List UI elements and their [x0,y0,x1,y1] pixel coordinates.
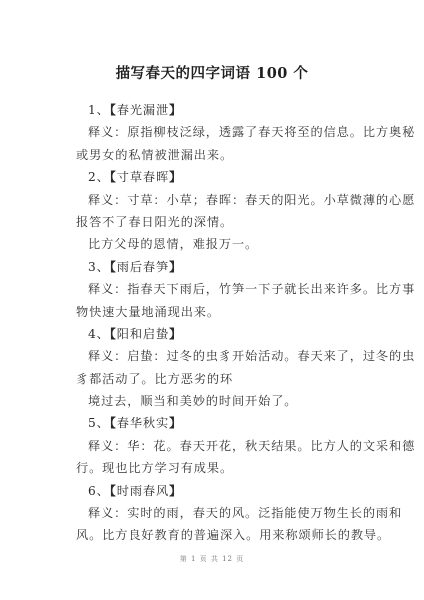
entry-number: 6、 [88,484,110,498]
bracket-open: 【 [110,260,117,274]
entry-text-line: 释义：启蛰：过冬的虫豸开始活动。春天来了，过冬的虫 [76,345,364,367]
entry-number: 5、 [88,416,110,430]
entry-heading: 3、【雨后春笋】 [76,256,364,278]
entry-term: 时雨春风 [117,484,169,498]
entry-text-line: 释义：实时的雨，春天的风。泛指能使万物生长的雨和 [76,502,364,524]
entry: 5、【春华秋实】 释义：华：花。春天开花，秋天结果。比方人的文采和德 行。现也比… [76,412,364,479]
bracket-open: 【 [110,103,117,117]
entry-text-line: 或男女的私情被泄漏出来。 [76,144,364,166]
entry-text-line: 风。比方良好教育的普遍深入。用来称颂师长的教导。 [76,524,364,546]
bracket-open: 【 [110,327,117,341]
entry-term: 雨后春笋 [117,260,169,274]
entry-term: 寸草春晖 [117,170,169,184]
page-title: 描写春天的四字词语 100 个 [0,62,424,83]
entry: 1、【春光漏泄】 释义：原指柳枝泛绿，透露了春天将至的信息。比方奥秘 或男女的私… [76,99,364,166]
bracket-open: 【 [110,416,117,430]
entry-text-line: 境过去，顺当和美妙的时间开始了。 [76,390,364,412]
bracket-close: 】 [169,103,182,117]
bracket-close: 】 [169,260,182,274]
entry-term: 春光漏泄 [117,103,169,117]
entry: 2、【寸草春晖】 释义：寸草：小草；春晖：春天的阳光。小草微薄的心愿 报答不了春… [76,166,364,256]
entry: 3、【雨后春笋】 释义：指春天下雨后，竹笋一下子就长出来许多。比方事 物快速大量… [76,256,364,323]
entry-heading: 6、【时雨春风】 [76,480,364,502]
entry-term: 阳和启蛰 [117,327,169,341]
entry-heading: 2、【寸草春晖】 [76,166,364,188]
entry-text-line: 报答不了春日阳光的深情。 [76,211,364,233]
entry: 6、【时雨春风】 释义：实时的雨，春天的风。泛指能使万物生长的雨和 风。比方良好… [76,480,364,547]
bracket-close: 】 [169,327,182,341]
entry-text-line: 豸都活动了。比方恶劣的环 [76,368,364,390]
bracket-close: 】 [169,170,182,184]
entry-heading: 4、【阳和启蛰】 [76,323,364,345]
entry-text-line: 释义：寸草：小草；春晖：春天的阳光。小草微薄的心愿 [76,189,364,211]
entry-text-line: 释义：原指柳枝泛绿，透露了春天将至的信息。比方奥秘 [76,121,364,143]
bracket-open: 【 [110,170,117,184]
entry-heading: 5、【春华秋实】 [76,412,364,434]
entry-number: 3、 [88,260,110,274]
entry-term: 春华秋实 [117,416,169,430]
document-body: 1、【春光漏泄】 释义：原指柳枝泛绿，透露了春天将至的信息。比方奥秘 或男女的私… [76,99,364,547]
entry-number: 2、 [88,170,110,184]
entry-heading: 1、【春光漏泄】 [76,99,364,121]
entry-text-line: 比方父母的恩情，难报万一。 [76,233,364,255]
entry-text-line: 释义：华：花。春天开花，秋天结果。比方人的文采和德 [76,435,364,457]
entry-text-line: 行。现也比方学习有成果。 [76,457,364,479]
bracket-open: 【 [110,484,117,498]
entry-text-line: 释义：指春天下雨后，竹笋一下子就长出来许多。比方事 [76,278,364,300]
entry: 4、【阳和启蛰】 释义：启蛰：过冬的虫豸开始活动。春天来了，过冬的虫 豸都活动了… [76,323,364,413]
document-page: 描写春天的四字词语 100 个 1、【春光漏泄】 释义：原指柳枝泛绿，透露了春天… [0,0,424,600]
entry-text-line: 物快速大量地涌现出来。 [76,301,364,323]
bracket-close: 】 [169,416,182,430]
entry-number: 4、 [88,327,110,341]
bracket-close: 】 [169,484,182,498]
entry-number: 1、 [88,103,110,117]
page-footer: 第 1 页 共 12 页 [0,554,424,564]
